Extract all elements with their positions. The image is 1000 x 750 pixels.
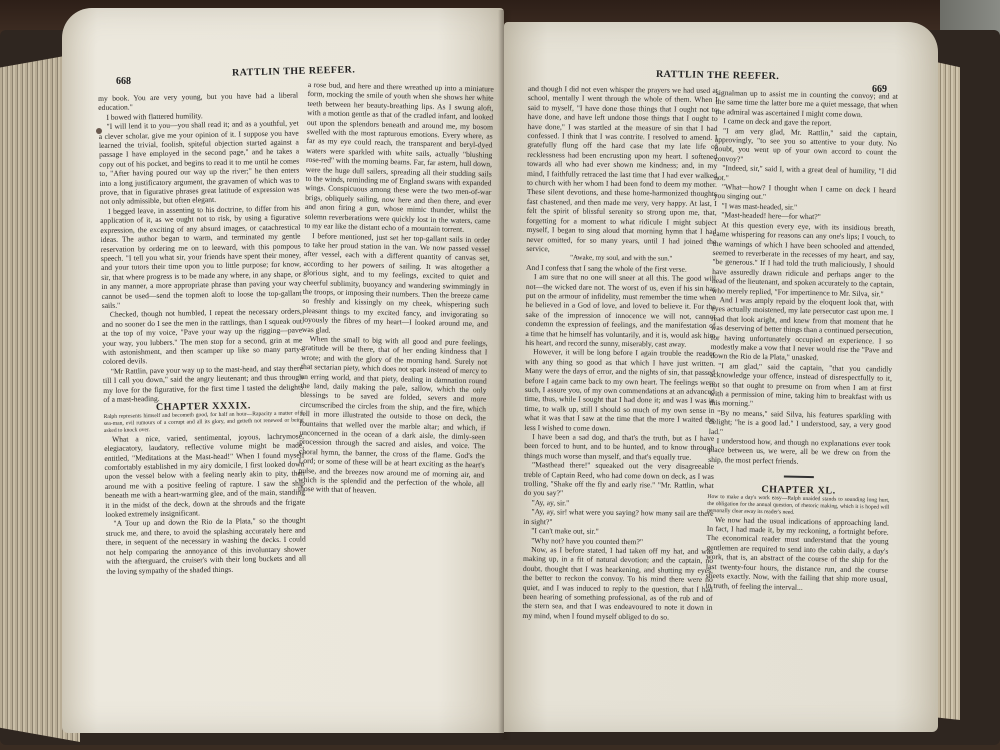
paragraph: "Mr Rattlin, pave your way up to the mas…	[103, 363, 304, 404]
paragraph: "Masthead there!" squeaked out the very …	[524, 460, 714, 500]
paragraph: "Ay, ay, sir! what were you saying? how …	[523, 507, 713, 528]
pencil-mark	[96, 128, 102, 134]
paragraph: "I am very glad, Mr. Rattlin," said the …	[714, 126, 897, 167]
right-column-2: signalman up to assist me in counting th…	[705, 88, 897, 594]
paragraph: What a nice, varied, sentimental, joyous…	[104, 431, 305, 519]
running-head: RATTLIN THE REEFER.	[656, 69, 780, 82]
left-page: RATTLIN THE REEFER. 668 my book. You are…	[62, 8, 504, 733]
paragraph: I understood how, and though no explanat…	[708, 436, 891, 468]
left-column-1: my book. You are very young, but you hav…	[98, 91, 306, 576]
paragraph: I have been a sad dog, and that's the tr…	[524, 432, 714, 462]
paragraph: "I am glad," said the captain, "that you…	[709, 361, 892, 412]
paragraph: "By no means," said Silva, his features …	[709, 408, 892, 440]
paragraph: signalman up to assist me in counting th…	[715, 88, 898, 120]
paragraph: At this question every eye, with its ins…	[712, 220, 896, 299]
paragraph: "A Tour up and down the Rio de la Plata,…	[105, 516, 306, 576]
right-page: RATTLIN THE REEFER. 669 and though I did…	[504, 22, 938, 732]
paragraph: We now had the usual indications of appr…	[705, 515, 889, 594]
paragraph: Checked, though not humbled, I repeat th…	[102, 307, 303, 367]
left-column-2: a rose bud, and here and there wreathed …	[298, 80, 494, 498]
paragraph: a rose bud, and here and there wreathed …	[304, 80, 494, 235]
paragraph: I before mentioned, just set her top-gal…	[302, 230, 490, 338]
paragraph: And I was amply repaid by the eloquent l…	[710, 295, 893, 365]
page-number: 668	[116, 76, 131, 87]
paragraph: I am sure that no one will sneer at all …	[525, 272, 716, 349]
running-head: RATTLIN THE REEFER.	[232, 64, 356, 78]
right-column-1: and though I did not even whisper the pr…	[522, 84, 718, 622]
paragraph: When the small to big with all good and …	[298, 334, 488, 498]
paragraph: Now, as I before stated, I had taken off…	[522, 545, 713, 622]
paragraph: However, it will be long before I again …	[524, 347, 715, 434]
paragraph: I begged leave, in assenting to his doct…	[100, 203, 302, 310]
paragraph: and though I did not even whisper the pr…	[526, 84, 718, 255]
paragraph: "I will lend it to you—you shall read it…	[98, 119, 299, 207]
section-rule	[784, 476, 814, 479]
